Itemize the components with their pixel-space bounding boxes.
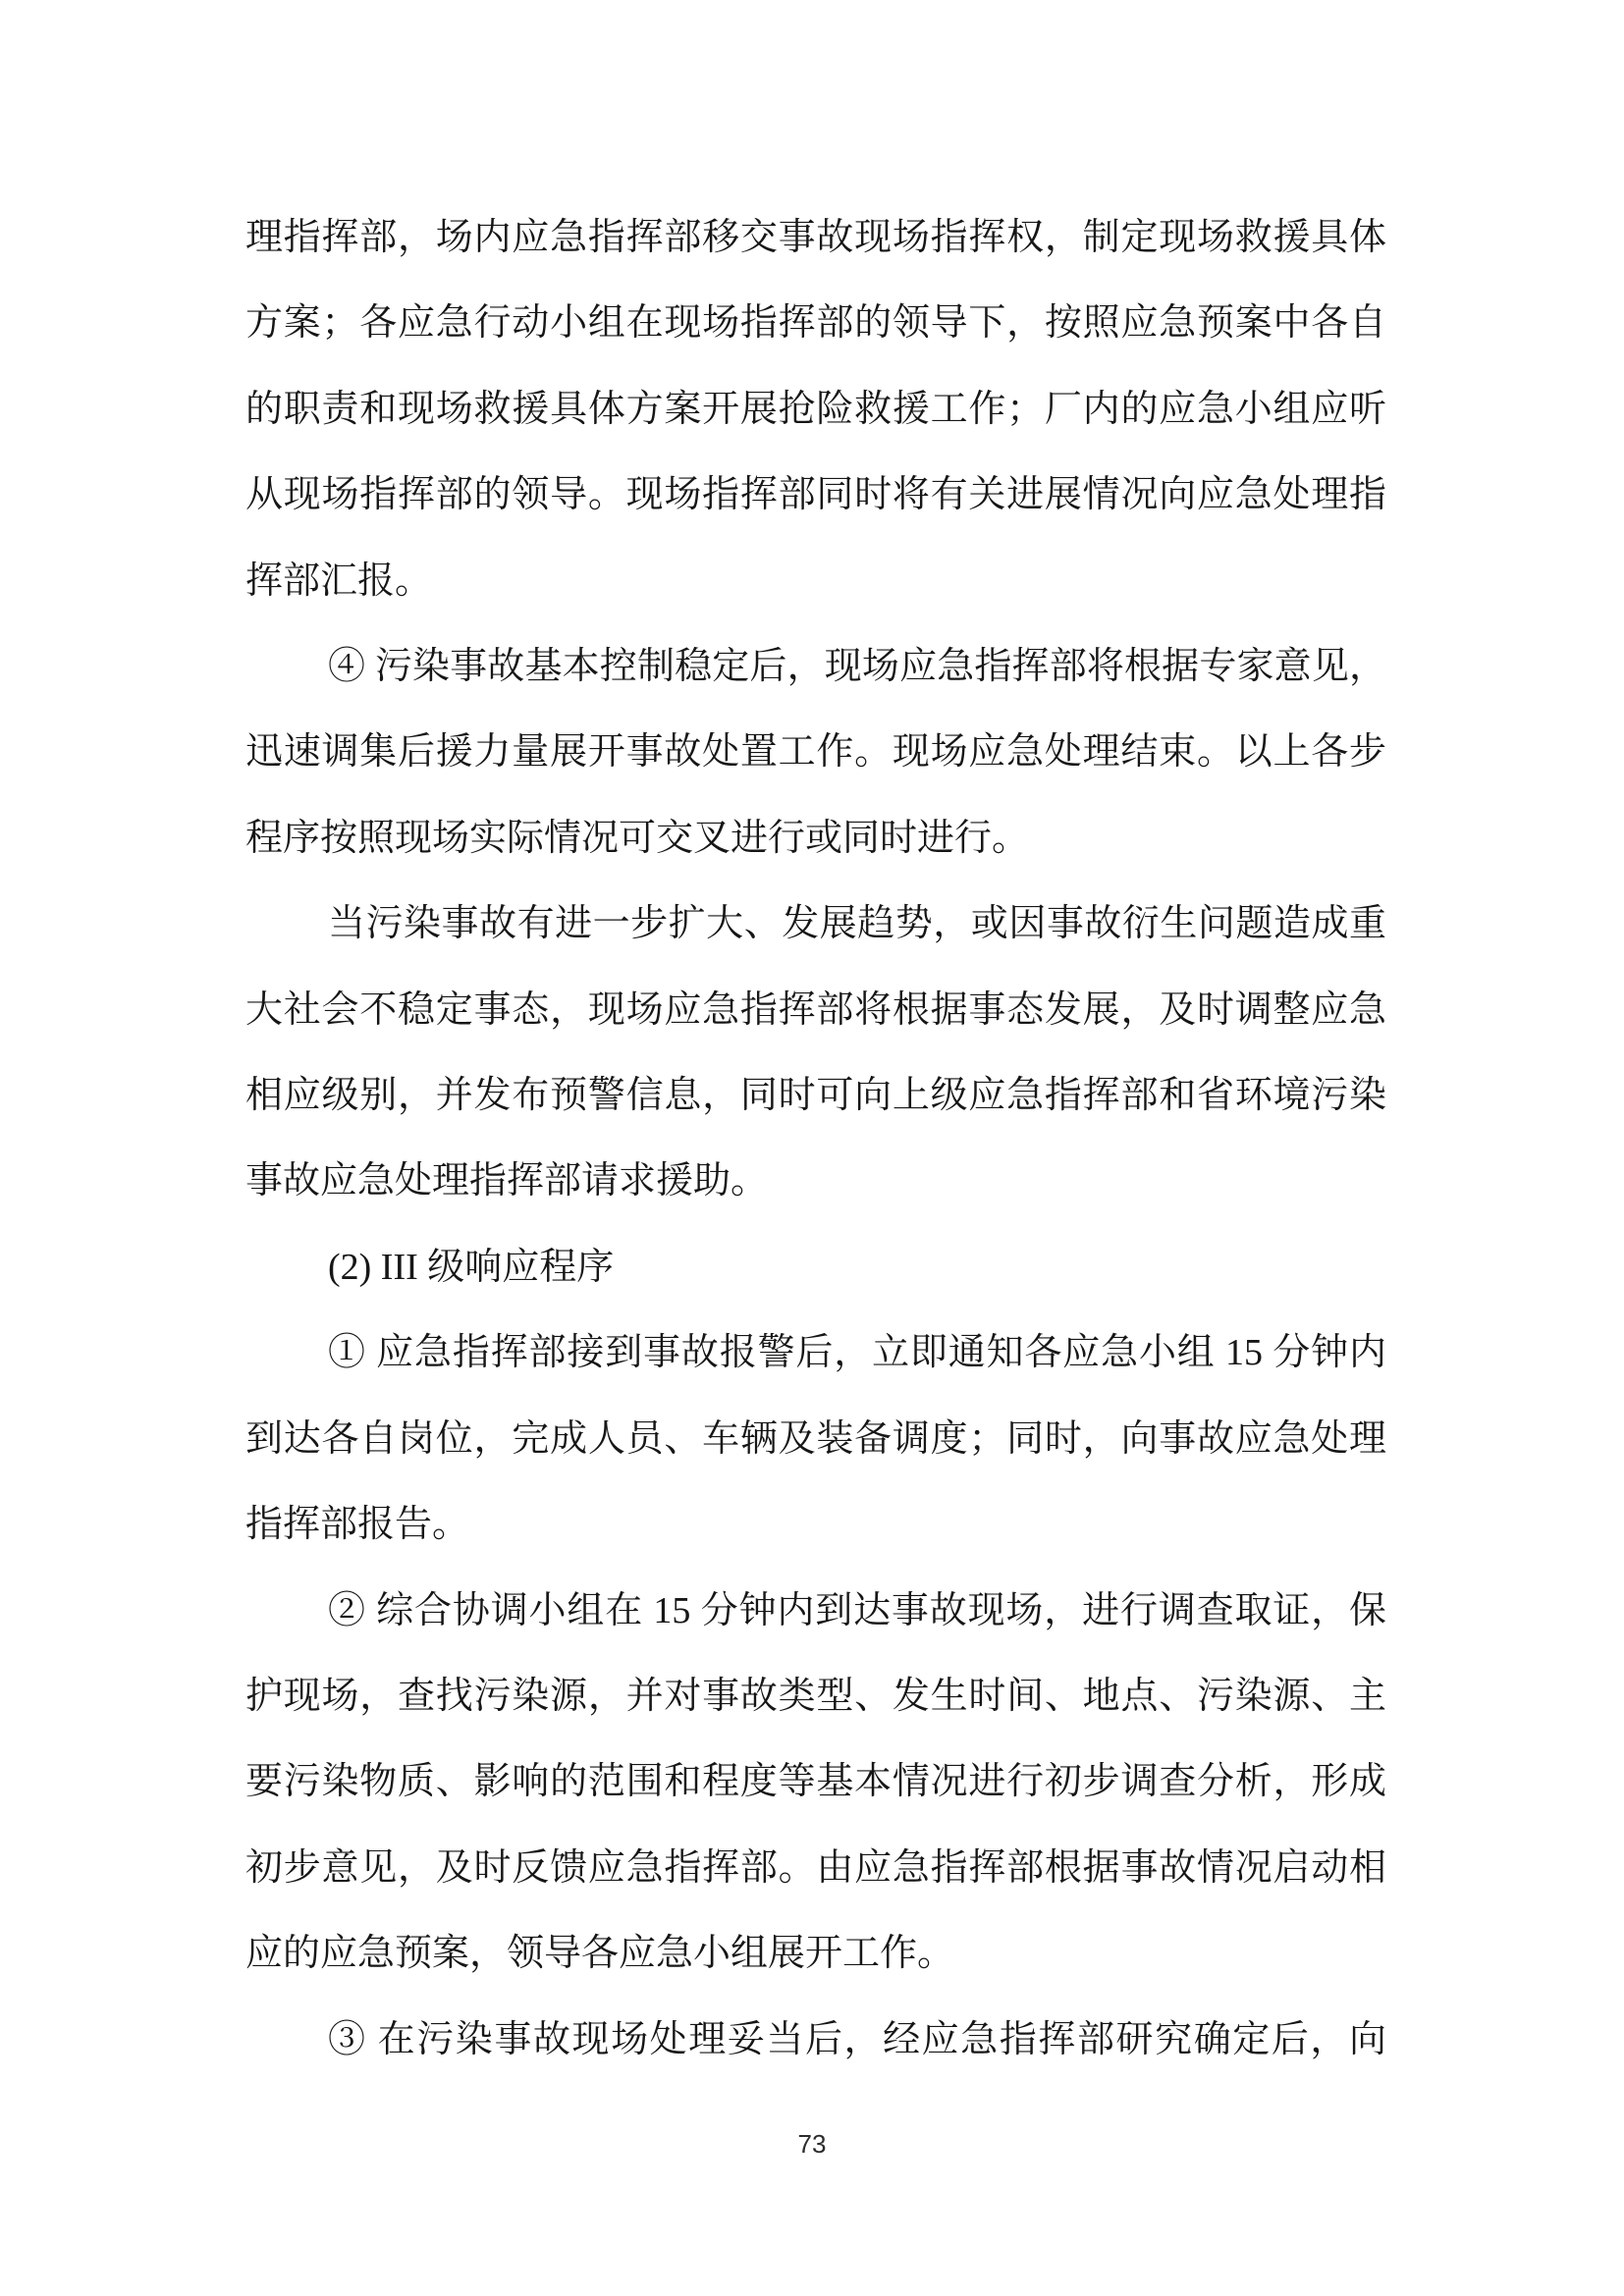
text-line: (2) III 级响应程序 [245, 1225, 1386, 1310]
page-number: 73 [0, 2128, 1624, 2160]
document-body: 理指挥部，场内应急指挥部移交事故现场指挥权，制定现场救援具体方案；各应急行动小组… [245, 195, 1386, 2083]
text-line: 的职责和现场救援具体方案开展抢险救援工作；厂内的应急小组应听 [245, 367, 1386, 453]
text-line: 大社会不稳定事态，现场应急指挥部将根据事态发展，及时调整应急 [245, 968, 1386, 1053]
text-line: 迅速调集后援力量展开事故处置工作。现场应急处理结束。以上各步 [245, 710, 1386, 795]
text-line: 到达各自岗位，完成人员、车辆及装备调度；同时，向事故应急处理 [245, 1397, 1386, 1482]
text-line: 挥部汇报。 [245, 539, 1386, 624]
text-line: ③ 在污染事故现场处理妥当后，经应急指挥部研究确定后，向 [245, 1998, 1386, 2083]
text-line: ④ 污染事故基本控制稳定后，现场应急指挥部将根据专家意见， [245, 624, 1386, 710]
text-line: 初步意见，及时反馈应急指挥部。由应急指挥部根据事故情况启动相 [245, 1826, 1386, 1911]
text-line: 事故应急处理指挥部请求援助。 [245, 1139, 1386, 1224]
text-line: 指挥部报告。 [245, 1482, 1386, 1568]
text-line: 理指挥部，场内应急指挥部移交事故现场指挥权，制定现场救援具体 [245, 195, 1386, 281]
text-line: 相应级别，并发布预警信息，同时可向上级应急指挥部和省环境污染 [245, 1053, 1386, 1139]
text-line: 护现场，查找污染源，并对事故类型、发生时间、地点、污染源、主 [245, 1654, 1386, 1739]
text-line: 当污染事故有进一步扩大、发展趋势，或因事故衍生问题造成重 [245, 881, 1386, 967]
text-line: 从现场指挥部的领导。现场指挥部同时将有关进展情况向应急处理指 [245, 453, 1386, 538]
text-line: ② 综合协调小组在 15 分钟内到达事故现场，进行调查取证，保 [245, 1569, 1386, 1654]
text-line: ① 应急指挥部接到事故报警后，立即通知各应急小组 15 分钟内 [245, 1310, 1386, 1396]
text-line: 方案；各应急行动小组在现场指挥部的领导下，按照应急预案中各自 [245, 281, 1386, 366]
text-line: 程序按照现场实际情况可交叉进行或同时进行。 [245, 796, 1386, 881]
text-line: 应的应急预案，领导各应急小组展开工作。 [245, 1911, 1386, 1997]
text-line: 要污染物质、影响的范围和程度等基本情况进行初步调查分析，形成 [245, 1739, 1386, 1825]
document-page: 理指挥部，场内应急指挥部移交事故现场指挥权，制定现场救援具体方案；各应急行动小组… [0, 0, 1624, 2296]
